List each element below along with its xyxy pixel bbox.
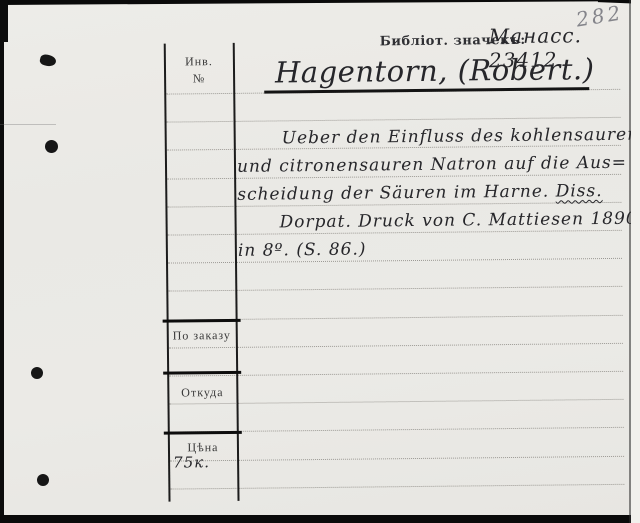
by-order-label: По заказу bbox=[167, 328, 237, 344]
inventory-number-label: Инв. № bbox=[164, 53, 234, 88]
dissertation-abbrev: Diss. bbox=[556, 181, 603, 201]
origin-label: Откуда bbox=[167, 385, 237, 401]
inventory-label-line1: Инв. bbox=[164, 53, 234, 71]
catalog-card-scan: Инв. № По заказу Откуда Цѣна 75к. Библіо… bbox=[0, 0, 640, 523]
scan-edge-left-corner bbox=[0, 0, 8, 42]
title-line-3-text: scheidung der Säuren im Harne. bbox=[237, 182, 556, 205]
ink-blot bbox=[37, 474, 49, 486]
imprint-line: Dorpat. Druck von C. Mattiesen 1890 bbox=[279, 209, 637, 233]
ink-blot bbox=[31, 367, 43, 379]
paper-seam bbox=[0, 124, 56, 125]
card-content: Инв. № По заказу Откуда Цѣна 75к. Библіо… bbox=[0, 0, 640, 523]
ink-blot bbox=[45, 140, 58, 153]
title-line-3: scheidung der Säuren im Harne. Diss. bbox=[237, 181, 602, 205]
format-pages-line: in 8º. (S. 86.) bbox=[238, 240, 367, 261]
author-heading: Hagentorn, (Robert.) bbox=[275, 52, 595, 89]
inventory-label-line2: № bbox=[164, 70, 234, 88]
scan-edge-bottom bbox=[0, 515, 640, 523]
price-value: 75к. bbox=[173, 453, 210, 471]
row-separator-price bbox=[164, 431, 242, 435]
title-line-2: und citronensauren Natron auf die Aus= bbox=[237, 153, 627, 177]
scan-edge-left bbox=[0, 0, 4, 523]
row-separator-by-order bbox=[163, 319, 241, 323]
scan-right-margin bbox=[631, 0, 640, 523]
title-line-1: Ueber den Einfluss des kohlensauren bbox=[282, 125, 640, 149]
paper-right-edge-shadow bbox=[629, 0, 631, 523]
